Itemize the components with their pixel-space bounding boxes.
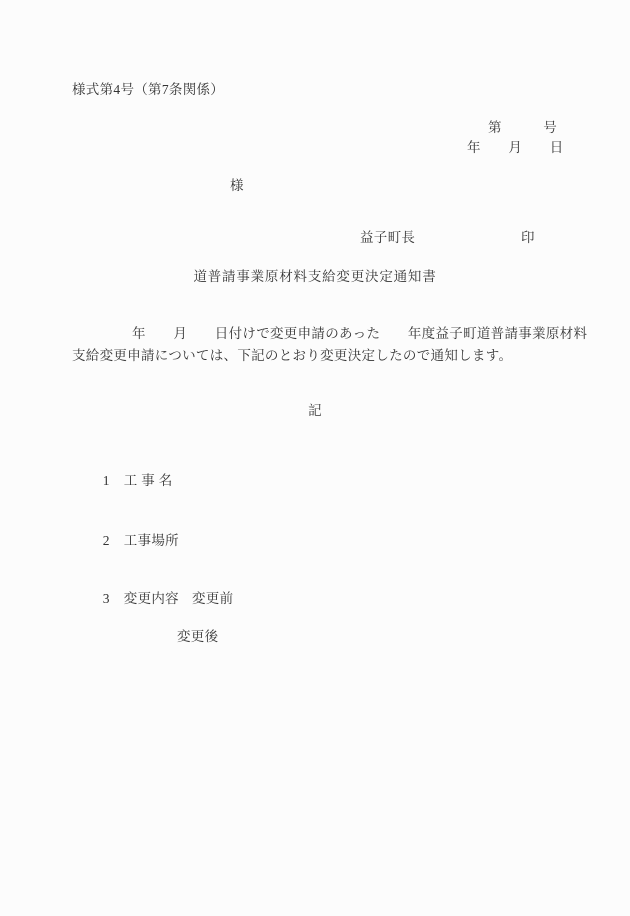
list-item-change-details: 3変更内容変更前	[88, 575, 233, 624]
after-change-label: 変更後	[177, 629, 218, 645]
item-label: 工事場所	[124, 533, 179, 548]
item-label: 工 事 名	[124, 473, 173, 488]
seal-placeholder: 印	[521, 230, 535, 246]
item-number: 3	[103, 591, 110, 606]
recipient-honorific: 様	[230, 178, 244, 194]
document-title: 道普請事業原材料支給変更決定通知書	[0, 269, 630, 285]
item-number: 2	[103, 533, 110, 548]
document-number-line: 第 号	[488, 120, 557, 136]
notification-form-page: 様式第4号（第7条関係） 第 号 年 月 日 様 益子町長 印 道普請事業原材料…	[0, 0, 630, 916]
list-item-construction-location: 2工事場所	[88, 517, 179, 566]
list-item-construction-name: 1工 事 名	[88, 457, 173, 506]
item-label: 変更内容	[124, 591, 179, 606]
form-number: 様式第4号（第7条関係）	[72, 82, 224, 98]
item-number: 1	[103, 473, 110, 488]
body-paragraph-line-2: 支給変更申請については、下記のとおり変更決定したので通知します。	[72, 348, 512, 364]
record-heading: 記	[0, 403, 630, 419]
date-line: 年 月 日	[467, 140, 564, 156]
sender-title: 益子町長	[360, 230, 415, 246]
body-paragraph-line-1: 年 月 日付けで変更申請のあった 年度益子町道普請事業原材料	[132, 326, 587, 342]
before-change-label: 変更前	[192, 591, 233, 606]
